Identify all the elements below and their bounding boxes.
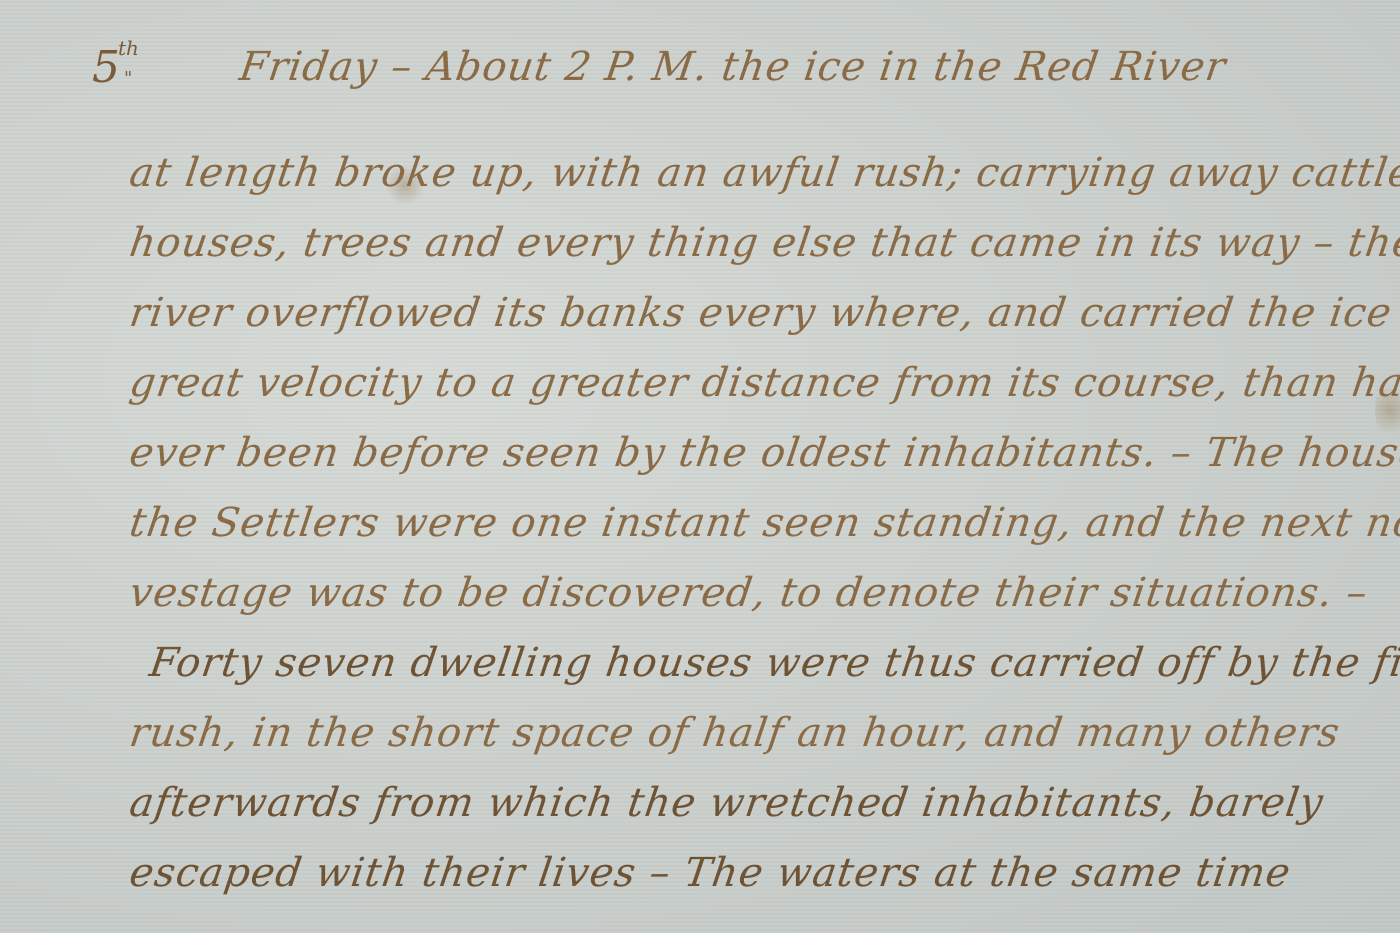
manuscript-line-6: ever been before seen by the oldest inha… [127,430,1400,476]
manuscript-line-7: the Settlers were one instant seen stand… [127,500,1400,546]
manuscript-line-11: afterwards from which the wretched inhab… [127,780,1327,826]
manuscript-line-9: Forty seven dwelling houses were thus ca… [147,640,1400,686]
date-suffix: th [118,36,139,60]
manuscript-line-1: Friday – About 2 P. M. the ice in the Re… [237,44,1229,90]
manuscript-line-3: houses, trees and every thing else that … [127,220,1400,266]
manuscript-line-2: at length broke up, with an awful rush; … [127,150,1400,196]
manuscript-page: 5 th " Friday – About 2 P. M. the ice in… [0,0,1400,933]
date-ditto-mark: " [124,68,132,89]
date-day: 5 [92,42,120,93]
manuscript-line-5: great velocity to a greater distance fro… [127,360,1400,406]
manuscript-line-8: vestage was to be discovered, to denote … [127,570,1371,616]
manuscript-line-4: river overflowed its banks every where, … [127,290,1400,336]
manuscript-line-12: escaped with their lives – The waters at… [127,850,1294,896]
manuscript-line-10: rush, in the short space of half an hour… [127,710,1343,756]
